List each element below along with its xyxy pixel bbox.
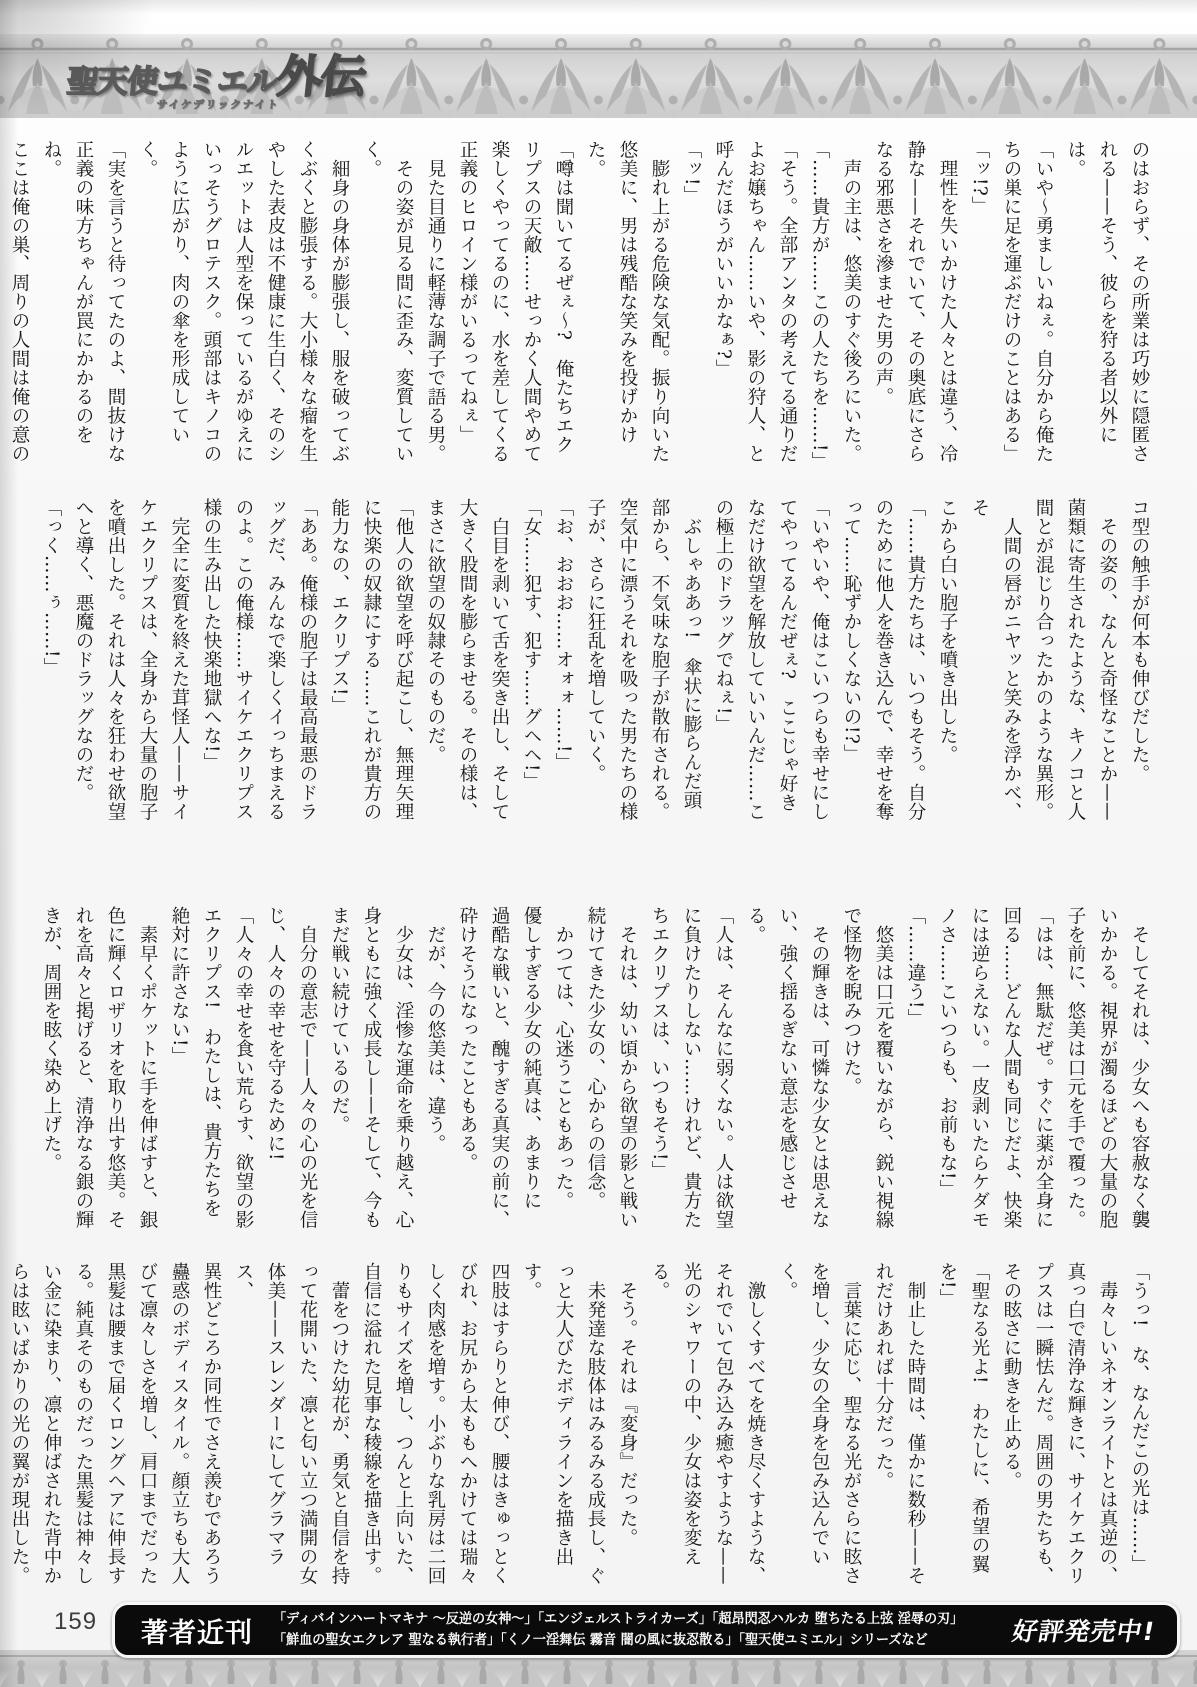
text-column: 少女は、淫惨な運命を乗り越え、心 [387, 906, 419, 1236]
text-column: 「そう。全部アンタの考えてる通りだ [771, 140, 803, 470]
text-column: 「……違う!」 [899, 906, 931, 1236]
text-column: 自信に溢れた見事な稜線を描き出す。 [355, 1262, 387, 1592]
text-column: 「いやいや、俺はこいつらも幸せにし [803, 498, 835, 828]
text-column: のはおらず、その所業は巧妙に隠匿さ [1123, 140, 1155, 470]
text-band-1: のはおらず、その所業は巧妙に隠匿される——そう、彼らを狩る者以外には。「いや〜勇… [65, 140, 1155, 470]
sales-slogan: 好評発売中! [1009, 1612, 1158, 1648]
text-column: てやってるんだぜぇ? ここじゃ好き [771, 498, 803, 828]
text-column: びれ、お尻から太ももへかけては瑞々 [451, 1262, 483, 1592]
text-column: 楽しくやってるのに、水を差してくる [483, 140, 515, 470]
text-column: ケエクリプスは、全身から大量の胞子 [131, 498, 163, 828]
text-column: きが、周囲を眩く染め上げた。 [35, 906, 67, 1236]
text-column: やした表皮は不健康に生白く、そのシ [259, 140, 291, 470]
text-column: の極上のドラッグでねぇ!」 [707, 498, 739, 828]
text-column: い、強く揺るぎない意志を感じさせる。 [739, 906, 803, 1236]
text-column: まま、手下でもあり人質でもある…… [0, 140, 3, 470]
text-column: 「ッ!?」 [963, 140, 995, 470]
text-column: 「お、おおお……オォォ……!」 [547, 498, 579, 828]
text-column: 激しくすべてを焼き尽くすような、 [739, 1262, 771, 1592]
text-column: に快楽の奴隷にする……これが貴方の [355, 498, 387, 828]
text-column: 光のシャワーの中、少女は姿を変える。 [643, 1262, 707, 1592]
text-column: しく肉感を増す。小ぶりな乳房は二回 [419, 1262, 451, 1592]
logo-title-text: 聖天使ユミエル [65, 64, 279, 100]
text-column: 砕けそうになったこともある。 [451, 906, 483, 1236]
text-column: 呼んだほうがいいかなぁ?」 [707, 140, 739, 470]
text-column: 素早くポケットに手を伸ばすと、銀 [131, 906, 163, 1236]
text-column: 毒々しいネオンライトとは真逆の、 [1091, 1262, 1123, 1592]
text-column: 「……貴方たちは、いつもそう。自分 [899, 498, 931, 828]
text-column: 真っ白で清浄な輝きに、サイケエクリ [1059, 1262, 1091, 1592]
text-column: 四肢はすらりと伸び、腰はきゅっとく [483, 1262, 515, 1592]
text-column: 「ああ。俺様の胞子は最高最悪のドラ [291, 498, 323, 828]
text-column: そしてそれは、少女へも容赦なく襲 [1123, 906, 1155, 1236]
text-column: まだ戦い続けているのだ。 [323, 906, 355, 1236]
text-column: ここは俺の巣、周りの人間は俺の意の [3, 140, 35, 470]
text-column: を!」 [931, 1262, 963, 1592]
text-column: 絶対に許さない!」 [163, 906, 195, 1236]
text-column: 「聖なる光よ! わたしに、希望の翼 [963, 1262, 995, 1592]
text-column: りもサイズを増し、つんと上向いた、 [387, 1262, 419, 1592]
text-column: 過酷な戦いと、醜すぎる真実の前に、 [483, 906, 515, 1236]
text-column: じ、人々の幸せを守るために! [259, 906, 291, 1236]
text-column: 様の生み出した快楽地獄へな!」 [195, 498, 227, 828]
text-column: ッグだ、みんなで楽しくイっちまえる [259, 498, 291, 828]
text-column: 声の主は、悠美のすぐ後ろにいた。 [835, 140, 867, 470]
text-column: リプスの天敵……せっかく人間やめて [515, 140, 547, 470]
text-column: なだけ欲望を解放していいんだ……こ [739, 498, 771, 828]
logo-gaiden-text: 外伝 [275, 50, 367, 103]
text-column: 自分の意志で——人々の心の光を信 [291, 906, 323, 1236]
book-titles-line-1: 「ディバインハートマキナ ～反逆の女神～」「エンジェルストライカーズ」「超昂閃忍… [273, 1609, 985, 1630]
text-column: って……恥ずかしくないの!?」 [835, 498, 867, 828]
text-column: のために他人を巻き込んで、幸せを奪 [867, 498, 899, 828]
text-column: れだけあれば十分だった。 [867, 1262, 899, 1592]
text-column: だが、今の悠美は、違う。 [419, 906, 451, 1236]
text-band-3: そしてそれは、少女へも容赦なく襲いかかる。視界が濁るほどの大量の胞子を前に、悠美… [65, 906, 1155, 1236]
text-column: いかかる。視界が濁るほどの大量の胞 [1091, 906, 1123, 1236]
text-column: 「実を言うと待ってたのよ、間抜けな [99, 140, 131, 470]
text-column: 制止した時間は、僅かに数秒——そ [899, 1262, 931, 1592]
text-column: に負けたりしない……けれど、貴方た [675, 906, 707, 1236]
text-column: っと大人びたボディラインを描き出す。 [515, 1262, 579, 1592]
text-column: 悠美に、男は残酷な笑みを投げかけた。 [579, 140, 643, 470]
text-column: のよ。この俺様……サイケエクリプス [227, 498, 259, 828]
text-column: を増し、少女の全身を包み込んでいく。 [771, 1262, 835, 1592]
text-column: 子が、さらに狂乱を増していく。 [579, 498, 611, 828]
text-column: 蠱惑のボディスタイル。顔立ちも大人 [163, 1262, 195, 1592]
text-column: その眩さに動きを止める。 [995, 1262, 1027, 1592]
text-column: 蕾をつけた幼花が、勇気と自信を持 [323, 1262, 355, 1592]
text-column: 身ともに強く成長し——そして、今も [355, 906, 387, 1236]
text-column: 細身の身体が膨張し、服を破ってぶ [323, 140, 355, 470]
text-column: れを高々と掲げると、清浄なる銀の輝 [67, 906, 99, 1236]
author-books-label: 著者近刊 [141, 1611, 253, 1650]
text-column: 体美——スレンダーにしてグラマラス、 [227, 1262, 291, 1592]
text-column: 理性を失いかけた人々とは違う、冷 [931, 140, 963, 470]
text-column: ぶしゃああっ! 傘状に膨らんだ頭 [675, 498, 707, 828]
text-column: 正義の味方ちゃんが罠にかかるのをね。 [35, 140, 99, 470]
text-column: いっそうグロテスク。頭部はキノコの [195, 140, 227, 470]
text-column: エクリプス! わたしは、貴方たちを [195, 906, 227, 1236]
text-column: 「っく……ぅ……!」 [35, 498, 67, 828]
text-column: らは眩いばかりの光の翼が現出した。 [3, 1262, 35, 1592]
text-column: 能力なの、エクリプス!」 [323, 498, 355, 828]
text-column: まさに欲望の奴隷そのものだ。 [419, 498, 451, 828]
text-column: 優しすぎる少女の純真は、あまりに [515, 906, 547, 1236]
text-column: 「他人の欲望を呼び起こし、無理矢理 [387, 498, 419, 828]
text-column: 「ッ!」 [675, 140, 707, 470]
text-band-4: 「うっ! な、なんだこの光は……」 毒々しいネオンライトとは真逆の、真っ白で清浄… [65, 1262, 1155, 1592]
text-column: 菌類に寄生されたような、キノコと人 [1059, 498, 1091, 828]
text-column: 「わたしは、影を狩るもの……」 [0, 1262, 3, 1592]
text-column: 正義のヒロイン様がいるってねぇ」 [451, 140, 483, 470]
author-books-bar: 著者近刊 「ディバインハートマキナ ～反逆の女神～」「エンジェルストライカーズ」… [112, 1602, 1180, 1658]
text-column: 部から、不気味な胞子が散布される。 [643, 498, 675, 828]
text-column: そう。それは『変身』だった。 [611, 1262, 643, 1592]
text-column: 完全に変質を終えた茸怪人——サイ [163, 498, 195, 828]
text-column: 「人々の幸せを食い荒らす、欲望の影 [227, 906, 259, 1236]
text-column: ちの巣に足を運ぶだけのことはある」 [995, 140, 1027, 470]
text-column: 色に輝くロザリオを取り出す悠美。そ [99, 906, 131, 1236]
text-column: ルエットは人型を保っているがゆえに [227, 140, 259, 470]
text-band-2: コ型の触手が何本も伸びだした。 その姿の、なんと奇怪なことか——菌類に寄生された… [65, 498, 1155, 828]
text-column: かつては、心迷うこともあった。 [547, 906, 579, 1236]
text-column: 静な——それでいて、その奥底にさら [899, 140, 931, 470]
text-column: 人間の唇がニヤッと笑みを浮かべ、そ [963, 498, 1027, 828]
text-column: くぶくと膨張する。大小様々な瘤を生 [291, 140, 323, 470]
text-column: 見た目通りに軽薄な調子で語る男。 [419, 140, 451, 470]
series-logo: 聖天使ユミエル外伝 サイケデリックナイト [64, 40, 371, 110]
text-column: 未発達な肢体はみるみる成長し、ぐ [579, 1262, 611, 1592]
text-column: には逆らえない。一皮剥いたらケダモ [963, 906, 995, 1236]
text-column: 大きく股間を膨らませる。その様は、 [451, 498, 483, 828]
text-column: こから白い胞子を噴き出した。 [931, 498, 963, 828]
text-column: 悠美は口元を覆いながら、鋭い視線 [867, 906, 899, 1236]
text-column: 間とが混じり合ったかのような異形。 [1027, 498, 1059, 828]
text-column: れる——そう、彼らを狩る者以外には。 [1059, 140, 1123, 470]
text-column: 空気中に漂うそれを吸った男たちの様 [611, 498, 643, 828]
text-column: 「女……犯す、犯す……グヘヘ!」 [515, 498, 547, 828]
text-column: よお嬢ちゃん……いや、影の狩人、と [739, 140, 771, 470]
text-column: へと導く、悪魔のドラッグなのだ。 [67, 498, 99, 828]
text-column: 「……貴方が……この人たちを……!」 [803, 140, 835, 470]
text-column: その姿が見る間に歪み、変質していく。 [355, 140, 419, 470]
text-column: を噴出した。それは人々を狂わせ欲望 [99, 498, 131, 828]
text-column: 続けてきた少女の、心からの信念。 [579, 906, 611, 1236]
text-column: 「人は、そんなに弱くない。人は欲望 [707, 906, 739, 1236]
text-column: 「うっ! な、なんだこの光は……」 [1123, 1262, 1155, 1592]
text-column: プスは一瞬怯んだ。周囲の男たちも、 [1027, 1262, 1059, 1592]
text-column: 膨れ上がる危険な気配。振り向いた [643, 140, 675, 470]
text-column: る。純真そのものだった黒髪は神々し [67, 1262, 99, 1592]
text-column: その姿の、なんと奇怪なことか—— [1091, 498, 1123, 828]
text-column: って花開いた、凛と匂い立つ満開の女 [291, 1262, 323, 1592]
text-column: ちエクリプスは、いつもそう!」 [643, 906, 675, 1236]
text-column: 黒髪は腰まで届くロングヘアに伸長す [99, 1262, 131, 1592]
text-column: なる邪悪さを滲ませた男の声。 [867, 140, 899, 470]
text-column: コ型の触手が何本も伸びだした。 [1123, 498, 1155, 828]
book-titles-list: 「ディバインハートマキナ ～反逆の女神～」「エンジェルストライカーズ」「超昂閃忍… [273, 1609, 985, 1651]
text-column: 「噂は聞いてるぜぇ〜? 俺たちエク [547, 140, 579, 470]
manga-novel-page: 聖天使ユミエル外伝 サイケデリックナイト のはおらず、その所業は巧妙に隠匿される… [0, 0, 1197, 1687]
text-column: それでいて包み込み癒やすような—— [707, 1262, 739, 1592]
text-column: それは、幼い頃から欲望の影と戦い [611, 906, 643, 1236]
page-number: 159 [54, 1608, 97, 1636]
text-column: 言葉に応じ、聖なる光がさらに眩さ [835, 1262, 867, 1592]
text-column: その輝きは、可憐な少女とは思えな [803, 906, 835, 1236]
text-column: びて凛々しさを増し、肩口までだった [131, 1262, 163, 1592]
text-column: 「はは、無駄だぜ。すぐに薬が全身に [1027, 906, 1059, 1236]
text-column: ノさ……こいつらも、お前もな!」 [931, 906, 963, 1236]
text-column: で怪物を睨みつけた。 [835, 906, 867, 1236]
text-column: 異性どころか同性でさえ羨むであろう [195, 1262, 227, 1592]
text-column: 子を前に、悠美は口元を手で覆った。 [1059, 906, 1091, 1236]
text-column: ように広がり、肉の傘を形成していく。 [131, 140, 195, 470]
text-column: 白目を剥いて舌を突き出し、そして [483, 498, 515, 828]
text-column: 「いや〜勇ましいねぇ。自分から俺た [1027, 140, 1059, 470]
book-titles-line-2: 「鮮血の聖女エクレア 聖なる執行者」「くノ一淫舞伝 霧音 闇の風に抜忍散る」「聖… [273, 1630, 985, 1651]
text-column: 回る……どんな人間も同じだよ、快楽 [995, 906, 1027, 1236]
text-column: い金に染まり、凛と伸ばされた背中か [35, 1262, 67, 1592]
